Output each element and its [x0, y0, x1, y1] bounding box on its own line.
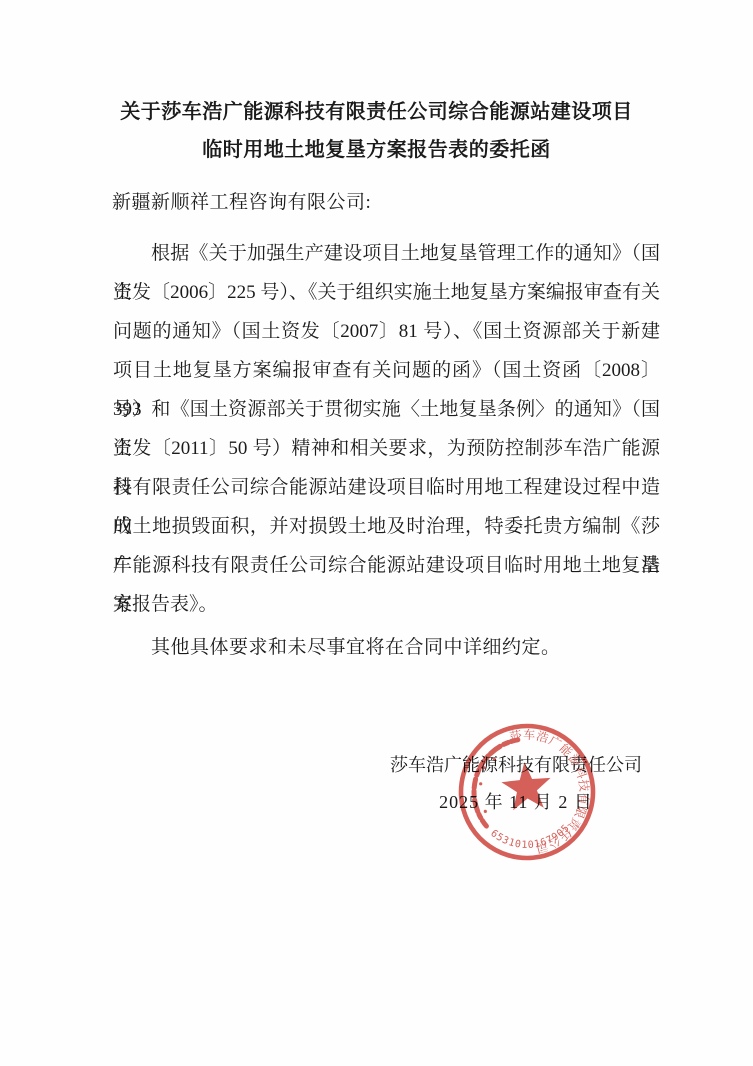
body-line: 根据《关于加强生产建设项目土地复垦管理工作的通知》（国土 — [113, 234, 660, 273]
body-paragraph-1: 根据《关于加强生产建设项目土地复垦管理工作的通知》（国土 资发〔2006〕225… — [113, 234, 660, 624]
body-line: 广能源科技有限责任公司综合能源站建设项目临时用地土地复垦方 — [113, 546, 660, 585]
body-paragraph-2: 其他具体要求和未尽事宜将在合同中详细约定。 — [113, 628, 660, 667]
body-line: 案报告表》。 — [113, 585, 660, 624]
document-title-line-1: 关于莎车浩广能源科技有限责任公司综合能源站建设项目 — [0, 99, 753, 125]
body-line: 资发〔2011〕50 号）精神和相关要求，为预防控制莎车浩广能源科 — [113, 429, 660, 468]
body-line: 资发〔2006〕225 号）、《关于组织实施土地复垦方案编报审查有关 — [113, 273, 660, 312]
body-line: 问题的通知》（国土资发〔2007〕81 号）、《国土资源部关于新建 — [113, 312, 660, 351]
signature-block: 莎车浩广能源科技有限责任公司 2025 年 11 月 2 日 — [385, 752, 647, 815]
body-line: 号）和《国土资源部关于贯彻实施〈土地复垦条例〉的通知》（国土 — [113, 390, 660, 429]
body-line: 的土地损毁面积，并对损毁土地及时治理，特委托贵方编制《莎车浩 — [113, 507, 660, 546]
document-title-line-2: 临时用地土地复垦方案报告表的委托函 — [0, 137, 753, 163]
signature-date: 2025 年 11 月 2 日 — [385, 789, 647, 815]
seal-number-arc-text: 6531010167905 — [488, 821, 574, 854]
body-line: 技有限责任公司综合能源站建设项目临时用地工程建设过程中造成 — [113, 468, 660, 507]
signature-company: 莎车浩广能源科技有限责任公司 — [385, 752, 647, 778]
body-line: 项目土地复垦方案编报审查有关问题的函》（国土资函〔2008〕393 — [113, 351, 660, 390]
document-page: 关于莎车浩广能源科技有限责任公司综合能源站建设项目 临时用地土地复垦方案报告表的… — [0, 0, 753, 1066]
addressee-line: 新疆新顺祥工程咨询有限公司: — [112, 189, 371, 216]
